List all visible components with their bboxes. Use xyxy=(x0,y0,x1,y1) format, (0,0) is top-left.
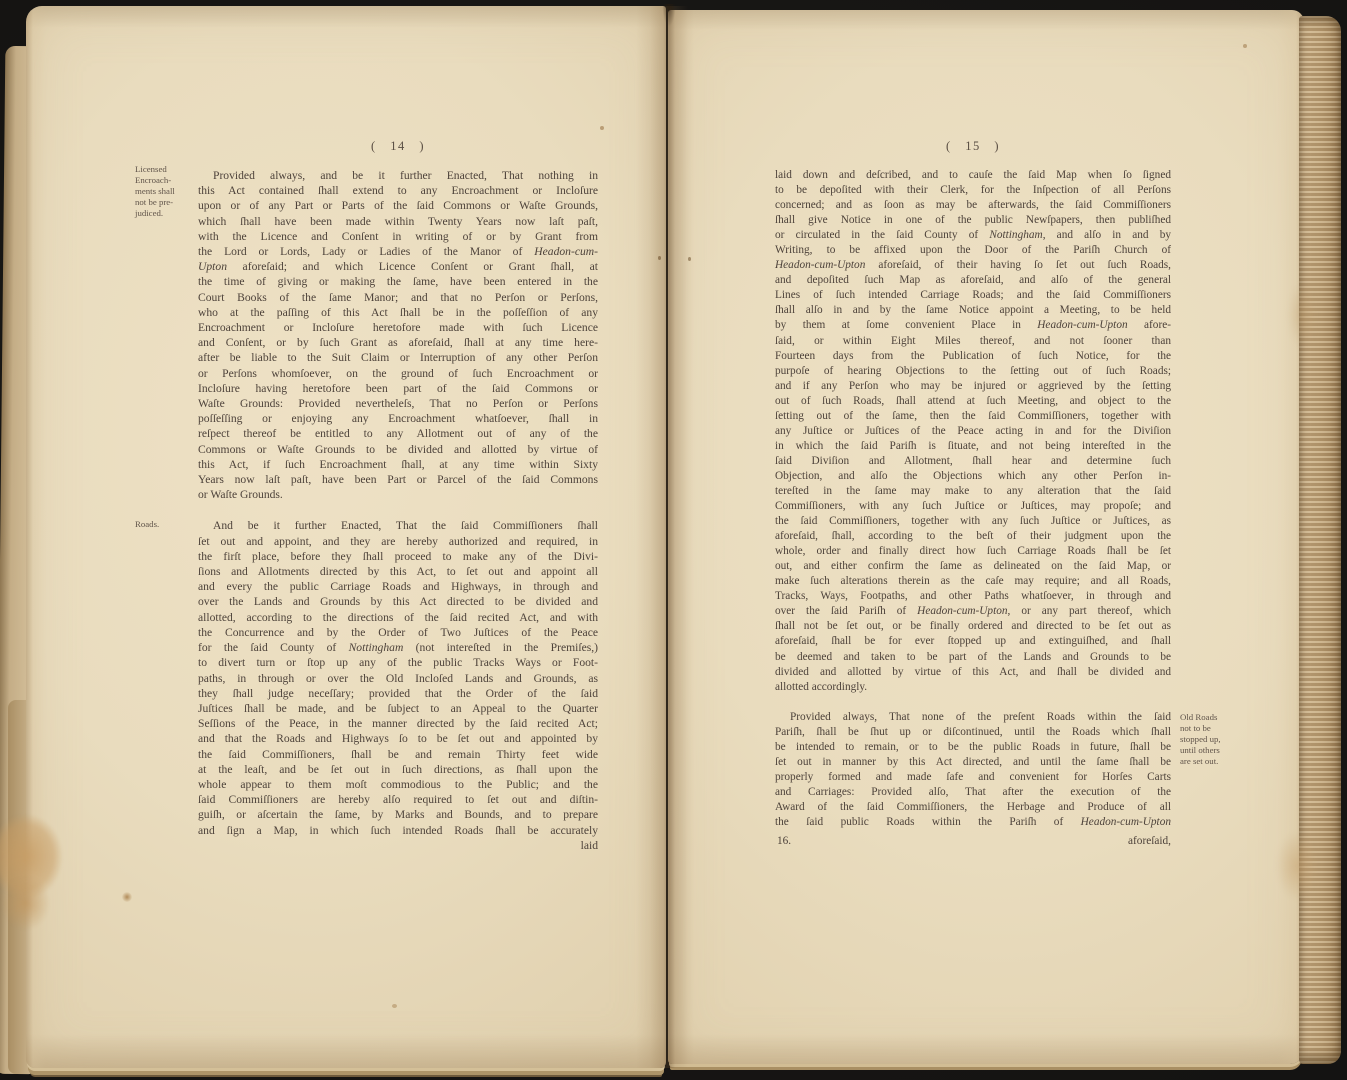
text-line: And be it further Enacted, That the ſaid… xyxy=(198,518,598,533)
paragraph: And be it further Enacted, That the ſaid… xyxy=(198,518,598,852)
text-line: Seſſions of the Peace, in the manner dir… xyxy=(198,716,598,731)
text-line: this Act, if ſuch Encroachment ſhall, at… xyxy=(198,457,598,472)
margin-note-line: Roads. xyxy=(135,519,195,530)
text-line: laid down and deſcribed, and to cauſe th… xyxy=(775,168,1171,183)
text-line: Commiſſioners, with any ſuch Juſtice or … xyxy=(775,499,1171,514)
book-photograph: ( 14 ) ( 15 ) LicensedEncroach-ments sha… xyxy=(0,0,1347,1080)
text-line: aforeſaid, ſhall be for ever ſtopped up … xyxy=(775,634,1171,649)
text-line: poſſeſſing or enjoying any Encroachment … xyxy=(198,411,598,426)
text-line: divided and allotted by virtue of this A… xyxy=(775,665,1171,680)
text-line: Tracks, Ways, Footpaths, and other Paths… xyxy=(775,589,1171,604)
text-line: Provided always, That none of the preſen… xyxy=(775,710,1171,725)
text-line: with the Licence and Conſent in writing … xyxy=(198,229,598,244)
text-line: to be depoſited with their Clerk, for th… xyxy=(775,183,1171,198)
margin-note-line: until others xyxy=(1180,745,1250,756)
text-line: Award of the ſaid Commiſſioners, the Her… xyxy=(775,800,1171,815)
text-line: Pariſh, ſhall be ſhut up or diſcontinued… xyxy=(775,725,1171,740)
text-line: aforeſaid, ſhall, according to the beſt … xyxy=(775,529,1171,544)
text-line: ſetting out of the ſame, then the ſaid C… xyxy=(775,409,1171,424)
text-line: Upton aforeſaid; and which Licence Conſe… xyxy=(198,259,598,274)
text-column-page-15: laid down and deſcribed, and to cauſe th… xyxy=(775,168,1171,849)
text-line: and that the Roads and Highways ſo to be… xyxy=(198,731,598,746)
text-line: or Waſte Grounds. xyxy=(198,487,598,502)
page-stack-edge-right xyxy=(1299,16,1341,1064)
text-line: in which the ſaid Pariſh is ſituate, and… xyxy=(775,439,1171,454)
text-line: the Concurrence and by the Order of Two … xyxy=(198,625,598,640)
signature-mark: 16. xyxy=(775,834,791,849)
margin-note-line: stopped up, xyxy=(1180,734,1250,745)
margin-note-old-roads: Old Roadsnot to bestopped up,until other… xyxy=(1180,712,1250,767)
text-line: Lines of ſuch intended Carriage Roads; a… xyxy=(775,288,1171,303)
text-line: ſaid Diviſion and Allotment, ſhall hear … xyxy=(775,454,1171,469)
text-line: and Carriages: Provided alſo, That after… xyxy=(775,785,1171,800)
margin-note-line: not to be xyxy=(1180,723,1250,734)
text-line: out, and either confirm the ſame as deli… xyxy=(775,559,1171,574)
text-line: the ſaid Commiſſioners, ſhall be and rem… xyxy=(198,747,598,762)
text-line: concerned; and as ſoon as may be afterwa… xyxy=(775,198,1171,213)
text-line: be intended to remain, or to be the publ… xyxy=(775,740,1171,755)
signature-and-catchword: 16.aforeſaid, xyxy=(775,834,1171,849)
text-column-page-14: Provided always, and be it further Enact… xyxy=(198,168,598,853)
text-line: whole, order and finally direct how ſuch… xyxy=(775,544,1171,559)
text-line: ſaid, or within Eight Miles thereof, and… xyxy=(775,334,1171,349)
text-line: whole appear to them moſt commodious to … xyxy=(198,777,598,792)
page-number-14: ( 14 ) xyxy=(198,139,598,154)
margin-note-line: Encroach- xyxy=(135,175,195,186)
paragraph: laid down and deſcribed, and to cauſe th… xyxy=(775,168,1171,695)
text-line: upon or of any Part or Parts of the ſaid… xyxy=(198,198,598,213)
text-line: Incloſure having heretofore been part of… xyxy=(198,381,598,396)
book-gutter xyxy=(650,6,688,1068)
text-line: Waſte Grounds: Provided nevertheleſs, Th… xyxy=(198,396,598,411)
catchword: aforeſaid, xyxy=(1128,834,1171,849)
text-line: Objection, and alſo the Objections which… xyxy=(775,469,1171,484)
catchword: laid xyxy=(198,838,598,853)
text-line: Commons or Waſte Grounds to be divided a… xyxy=(198,442,598,457)
text-line: Fourteen days from the Publication of ſu… xyxy=(775,349,1171,364)
text-line: properly formed and made ſafe and conven… xyxy=(775,770,1171,785)
paragraph: Provided always, That none of the preſen… xyxy=(775,710,1171,849)
text-line: Juſtices ſhall be made, and be ſubject t… xyxy=(198,701,598,716)
margin-note-line: ments shall xyxy=(135,186,195,197)
text-line: tereſted in the ſame may make to any alt… xyxy=(775,484,1171,499)
page-number-15: ( 15 ) xyxy=(775,139,1171,154)
text-line: Provided always, and be it further Enact… xyxy=(198,168,598,183)
text-line: after be liable to the Suit Claim or Int… xyxy=(198,350,598,365)
text-line: guiſh, or aſcertain the ſame, by Marks a… xyxy=(198,807,598,822)
text-line: or Perſons whomſoever, on the ground of … xyxy=(198,366,598,381)
margin-note-line: are set out. xyxy=(1180,756,1250,767)
gutter-shadow xyxy=(660,4,678,54)
text-line: and ſign a Map, in which ſuch intended R… xyxy=(198,823,598,838)
text-line: ſaid Commiſſioners are hereby alſo requi… xyxy=(198,792,598,807)
text-line: who at the paſſing of this Act ſhall be … xyxy=(198,305,598,320)
text-line: ſions and Allotments directed by this Ac… xyxy=(198,564,598,579)
text-line: over the ſaid Pariſh of Headon-cum-Upton… xyxy=(775,604,1171,619)
text-line: any Juſtice or Juſtices of the Peace act… xyxy=(775,424,1171,439)
text-line: Court Books of the ſame Manor; and that … xyxy=(198,290,598,305)
text-line: out of ſuch Roads, ſhall attend at ſuch … xyxy=(775,394,1171,409)
text-line: the ſaid Commiſſioners, together with an… xyxy=(775,514,1171,529)
text-line: paths, in through or over the Old Incloſ… xyxy=(198,671,598,686)
text-line: which ſhall have been made within Twenty… xyxy=(198,214,598,229)
text-line: Years now laſt paſt, have been Part or P… xyxy=(198,472,598,487)
text-line: they ſhall judge neceſſary; provided tha… xyxy=(198,686,598,701)
text-line: allotted, according to the directions of… xyxy=(198,610,598,625)
text-line: allotted accordingly. xyxy=(775,680,1171,695)
margin-note-line: Licensed xyxy=(135,164,195,175)
margin-note-line: judiced. xyxy=(135,208,195,219)
text-line: the ſaid public Roads within the Pariſh … xyxy=(775,815,1171,830)
text-line: ſet out in manner by this Act directed, … xyxy=(775,755,1171,770)
margin-note-line: Old Roads xyxy=(1180,712,1250,723)
text-line: over the Lands and Grounds by this Act d… xyxy=(198,594,598,609)
text-line: and every the public Carriage Roads and … xyxy=(198,579,598,594)
margin-note-licensed-encroachments: LicensedEncroach-ments shallnot be pre-j… xyxy=(135,164,195,219)
text-line: the firſt place, before they ſhall proce… xyxy=(198,549,598,564)
text-line: and if any Perſon who may be injured or … xyxy=(775,379,1171,394)
text-line: the time of giving or making the ſame, h… xyxy=(198,274,598,289)
paragraph: Provided always, and be it further Enact… xyxy=(198,168,598,502)
margin-note-line: not be pre- xyxy=(135,197,195,208)
text-line: and depoſited ſuch Map as aforeſaid, and… xyxy=(775,273,1171,288)
text-line: or circulated in the ſaid County of Nott… xyxy=(775,228,1171,243)
text-line: at the leaſt, and be ſet out in ſuch dir… xyxy=(198,762,598,777)
text-line: for the ſaid County of Nottingham (not i… xyxy=(198,640,598,655)
text-line: ſhall alſo in and by the ſame Notice app… xyxy=(775,303,1171,318)
text-line: ſet out and appoint, and they are hereby… xyxy=(198,534,598,549)
text-line: this Act contained ſhall extend to any E… xyxy=(198,183,598,198)
text-line: by them at ſome convenient Place in Head… xyxy=(775,318,1171,333)
text-line: the Lord or Lords, Lady or Ladies of the… xyxy=(198,244,598,259)
margin-note-roads: Roads. xyxy=(135,519,195,530)
text-line: ſhall give Notice in one of the public N… xyxy=(775,213,1171,228)
text-line: be deemed and taken to be part of the La… xyxy=(775,650,1171,665)
text-line: reſpect thereof be entitled to any Allot… xyxy=(198,426,598,441)
text-line: Writing, to be affixed upon the Door of … xyxy=(775,243,1171,258)
text-line: and Conſent, or by ſuch Grant as aforeſa… xyxy=(198,335,598,350)
text-line: Encroachment or Incloſure heretofore mad… xyxy=(198,320,598,335)
text-line: to divert turn or ſtop up any of the pub… xyxy=(198,655,598,670)
text-line: ſhall not be ſet out, or be finally orde… xyxy=(775,619,1171,634)
text-line: purpoſe of hearing Objections to the ſet… xyxy=(775,364,1171,379)
text-line: make ſuch alterations therein as the caſ… xyxy=(775,574,1171,589)
text-line: Headon-cum-Upton aforeſaid, of their hav… xyxy=(775,258,1171,273)
